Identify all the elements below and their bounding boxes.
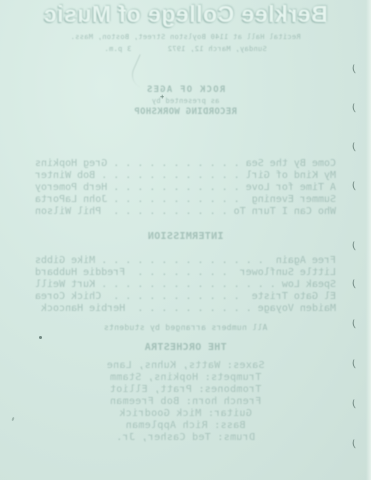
ink-speck — [39, 336, 42, 339]
program-row: Maiden Voyage . . . . . . . . . . Herbie… — [36, 303, 336, 314]
scanned-page: Berklee College of Music Recital Hall at… — [0, 0, 371, 480]
personnel-line: Trumpets: Hopkins, Stamm — [0, 372, 371, 383]
date-line-ghost: Sunday, March 12, 1972 3 p.m. — [0, 45, 371, 53]
binding-hole-mark: ( — [351, 319, 356, 330]
address-line-ghost: Recital Hall at 1140 Boylston Street, Bo… — [0, 33, 371, 41]
personnel-line: Drums: Ted Casher, Jr. — [0, 432, 371, 443]
program-row: Speak Low . . . . . . . . . . . . . . . … — [36, 279, 336, 290]
program-row: El Gato Triste . . . . . . . . . . . Chi… — [36, 291, 336, 302]
scan-scratch-mark — [128, 54, 154, 88]
binding-hole-mark: ( — [351, 142, 356, 153]
orchestra-heading-ghost: THE ORCHESTRA — [0, 342, 371, 353]
program-row: Summer Evening . . . . . . . . . . . Joh… — [36, 194, 336, 205]
binding-hole-mark: ( — [351, 181, 356, 192]
intermission-label-ghost: INTERMISSION — [0, 231, 371, 242]
pen-mark: + — [160, 93, 164, 101]
personnel-line: Saxes: Watts, Kuhns, Lane — [0, 360, 371, 371]
concert-title-line2: as presented by — [0, 97, 371, 105]
binding-hole-mark: ( — [351, 241, 356, 252]
binding-hole-mark: ( — [351, 279, 356, 290]
arranger-note-ghost: All numbers arranged by students — [0, 323, 371, 332]
program-row: A Time for Love . . . . . . . . . . . He… — [36, 182, 336, 193]
program-row: Free Again . . . . . . . . . . . . . . M… — [36, 255, 336, 266]
program-row: Come By the Sea . . . . . . . . . . . Gr… — [36, 158, 336, 169]
program-row: Who Can I Turn To . . . . . . . . . . Ph… — [36, 206, 336, 217]
personnel-line: Bass: Rich Appleman — [0, 420, 371, 431]
binding-hole-mark: ( — [351, 64, 356, 75]
program-row: Little Sunflower . . . . . . . . Freddie… — [36, 267, 336, 278]
masthead-ghost-text: Berklee College of Music — [0, 1, 371, 28]
program-row: My Kind of Girl . . . . . . . . . . . . … — [36, 170, 336, 181]
personnel-line: Trombones: Pratt, Elliot — [0, 384, 371, 395]
concert-title-line3: RECORDING WORKSHOP — [0, 107, 371, 117]
personnel-line: French horn: Bob Freeman — [0, 396, 371, 407]
concert-title-line1: ROCK OF AGES — [0, 85, 371, 95]
personnel-line: Guitar: Mick Goodrick — [0, 408, 371, 419]
